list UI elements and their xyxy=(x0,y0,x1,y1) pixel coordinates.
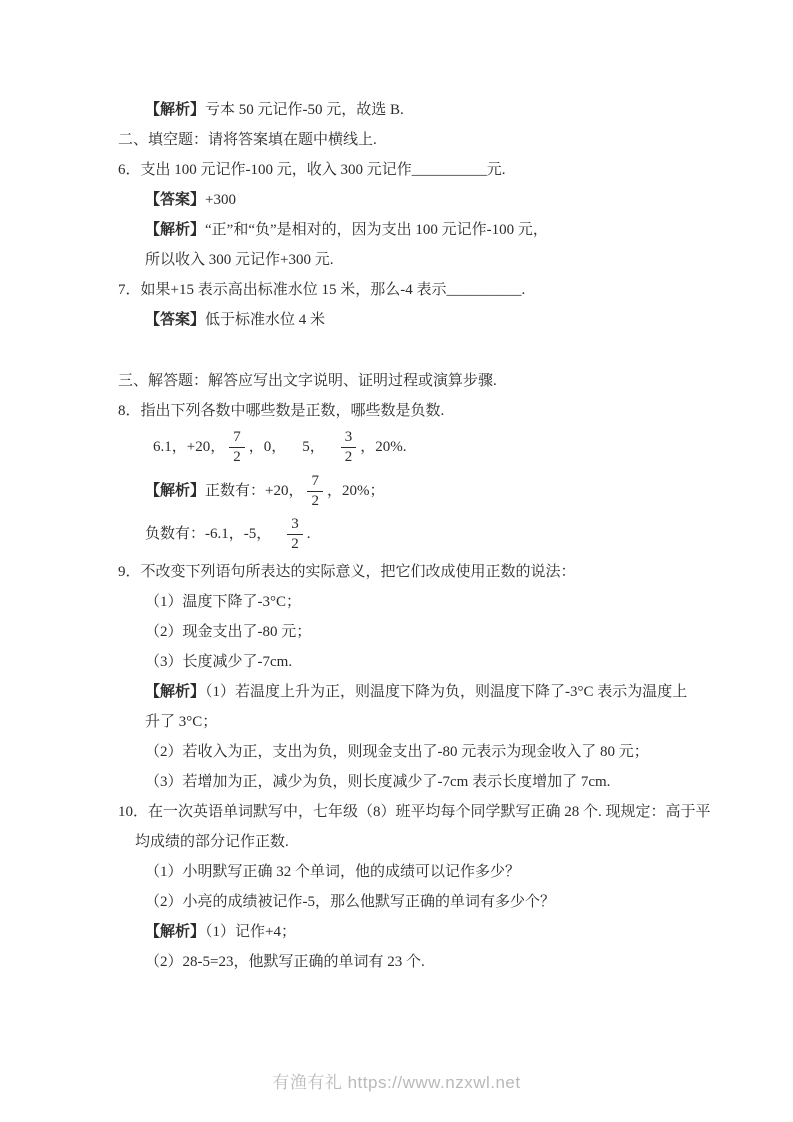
q9-analysis-cont-text: 升了 3°C； xyxy=(145,714,217,730)
q8-negative-line: 负数有：-6.1，-5，32. xyxy=(145,513,763,557)
q8-numbers-line: 6.1，+20，72，0，5，32，20%. xyxy=(153,426,763,470)
q9-item-2-text: （2）现金支出了-80 元； xyxy=(145,624,311,640)
section-gap xyxy=(0,335,793,366)
question-6: 6．支出 100 元记作-100 元，收入 300 元记作__________元… xyxy=(118,155,763,185)
q10-analysis-item-2-text: （2）28-5=23，他默写正确的单词有 23 个. xyxy=(145,954,425,970)
q6-answer-text: +300 xyxy=(205,192,236,208)
q8-numbers-seg4: ，20%. xyxy=(360,439,406,455)
fraction-numerator: 3 xyxy=(341,429,357,448)
fraction-numerator: 3 xyxy=(287,516,303,535)
section-3-title: 三、解答题：解答应写出文字说明、证明过程或演算步骤. xyxy=(118,373,497,389)
analysis-label: 【解析】 xyxy=(145,924,205,940)
q5-analysis-text: 亏本 50 元记作-50 元，故选 B. xyxy=(205,102,404,118)
fraction-denominator: 2 xyxy=(307,492,323,510)
q8-numbers-seg2: ，0， xyxy=(249,439,287,455)
answer-label: 【答案】 xyxy=(145,192,205,208)
question-10: 10．在一次英语单词默写中，七年级（8）班平均每个同学默写正确 28 个. 现规… xyxy=(118,797,763,827)
question-8-text: 8．指出下列各数中哪些数是正数，哪些数是负数. xyxy=(118,403,444,419)
watermark-text: 有渔有礼 https://www.nzxwl.net xyxy=(272,1073,520,1092)
question-10-cont-text: 均成绩的部分记作正数. xyxy=(135,834,289,850)
q7-answer-text: 低于标准水位 4 米 xyxy=(205,312,325,328)
q10-item-2-text: （2）小亮的成绩被记作-5，那么他默写正确的单词有多少个？ xyxy=(145,894,555,910)
q6-analysis-cont-text: 所以收入 300 元记作+300 元. xyxy=(145,252,333,268)
fraction-7-2: 72 xyxy=(229,429,245,467)
fraction-numerator: 7 xyxy=(229,429,245,448)
question-6-text: 6．支出 100 元记作-100 元，收入 300 元记作__________元… xyxy=(118,162,506,178)
q8-positive-seg2: ，20%； xyxy=(327,483,385,499)
q9-analysis-line: 【解析】（1）若温度上升为正，则温度下降为负，则温度下降了-3°C 表示为温度上 xyxy=(145,677,763,707)
q9-analysis-continuation: 升了 3°C； xyxy=(145,707,763,737)
q10-item-2: （2）小亮的成绩被记作-5，那么他默写正确的单词有多少个？ xyxy=(145,887,763,917)
q10-analysis-item-2: （2）28-5=23，他默写正确的单词有 23 个. xyxy=(145,947,763,977)
q9-item-1: （1）温度下降了-3°C； xyxy=(145,587,763,617)
q5-analysis-line: 【解析】亏本 50 元记作-50 元，故选 B. xyxy=(145,95,763,125)
q6-analysis-text: “正”和“负”是相对的，因为支出 100 元记作-100 元， xyxy=(205,222,548,238)
fraction-numerator: 7 xyxy=(307,473,323,492)
question-7-text: 7．如果+15 表示高出标准水位 15 米，那么-4 表示__________. xyxy=(118,282,525,298)
fraction-3-2: 32 xyxy=(341,429,357,467)
q8-negative-seg1: 负数有：-6.1，-5， xyxy=(145,526,271,542)
q9-analysis-text: （1）若温度上升为正，则温度下降为负，则温度下降了-3°C 表示为温度上 xyxy=(205,684,687,700)
fraction-3-2: 32 xyxy=(287,516,303,554)
analysis-label: 【解析】 xyxy=(145,222,205,238)
q7-answer-line: 【答案】低于标准水位 4 米 xyxy=(145,305,763,335)
question-9: 9．不改变下列语句所表达的实际意义，把它们改成使用正数的说法： xyxy=(118,557,763,587)
worksheet-page: 【解析】亏本 50 元记作-50 元，故选 B. 二、填空题：请将答案填在题中横… xyxy=(0,0,793,977)
q8-analysis-line: 【解析】正数有：+20，72，20%； xyxy=(145,470,763,514)
section-2-heading: 二、填空题：请将答案填在题中横线上. xyxy=(118,125,763,155)
q8-negative-seg2: . xyxy=(307,526,311,542)
q9-analysis-item-2: （2）若收入为正，支出为负，则现金支出了-80 元表示为现金收入了 80 元； xyxy=(145,737,763,767)
q10-analysis-text: （1）记作+4； xyxy=(205,924,296,940)
q8-numbers-seg1: 6.1，+20， xyxy=(153,439,225,455)
analysis-label: 【解析】 xyxy=(145,684,205,700)
q9-item-3: （3）长度减少了-7cm. xyxy=(145,647,763,677)
q10-analysis-line: 【解析】（1）记作+4； xyxy=(145,917,763,947)
q9-analysis-item-3: （3）若增加为正，减少为负，则长度减少了-7cm 表示长度增加了 7cm. xyxy=(145,767,763,797)
q9-item-2: （2）现金支出了-80 元； xyxy=(145,617,763,647)
fraction-denominator: 2 xyxy=(341,448,357,466)
fraction-denominator: 2 xyxy=(229,448,245,466)
analysis-label: 【解析】 xyxy=(145,102,205,118)
question-10-continuation: 均成绩的部分记作正数. xyxy=(135,827,763,857)
q9-item-3-text: （3）长度减少了-7cm. xyxy=(145,654,292,670)
q6-answer-line: 【答案】+300 xyxy=(145,185,763,215)
fraction-7-2: 72 xyxy=(307,473,323,511)
question-7: 7．如果+15 表示高出标准水位 15 米，那么-4 表示__________. xyxy=(118,275,763,305)
q8-numbers-seg3: 5， xyxy=(302,439,325,455)
fraction-denominator: 2 xyxy=(287,535,303,553)
q6-analysis-line: 【解析】“正”和“负”是相对的，因为支出 100 元记作-100 元， xyxy=(145,215,763,245)
q10-item-1-text: （1）小明默写正确 32 个单词，他的成绩可以记作多少？ xyxy=(145,864,520,880)
question-8: 8．指出下列各数中哪些数是正数，哪些数是负数. xyxy=(118,396,763,426)
question-10-text: 10．在一次英语单词默写中，七年级（8）班平均每个同学默写正确 28 个. 现规… xyxy=(118,804,711,820)
answer-label: 【答案】 xyxy=(145,312,205,328)
section-3-heading: 三、解答题：解答应写出文字说明、证明过程或演算步骤. xyxy=(118,366,763,396)
q10-item-1: （1）小明默写正确 32 个单词，他的成绩可以记作多少？ xyxy=(145,857,763,887)
question-9-text: 9．不改变下列语句所表达的实际意义，把它们改成使用正数的说法： xyxy=(118,564,576,580)
q9-item-1-text: （1）温度下降了-3°C； xyxy=(145,594,301,610)
q9-analysis-item-3-text: （3）若增加为正，减少为负，则长度减少了-7cm 表示长度增加了 7cm. xyxy=(145,774,610,790)
analysis-label: 【解析】 xyxy=(145,483,205,499)
q9-analysis-item-2-text: （2）若收入为正，支出为负，则现金支出了-80 元表示为现金收入了 80 元； xyxy=(145,744,649,760)
q8-positive-seg1: 正数有：+20， xyxy=(205,483,303,499)
section-2-title: 二、填空题：请将答案填在题中横线上. xyxy=(118,132,377,148)
watermark-footer: 有渔有礼 https://www.nzxwl.net xyxy=(0,1068,793,1093)
q6-analysis-continuation: 所以收入 300 元记作+300 元. xyxy=(145,245,763,275)
